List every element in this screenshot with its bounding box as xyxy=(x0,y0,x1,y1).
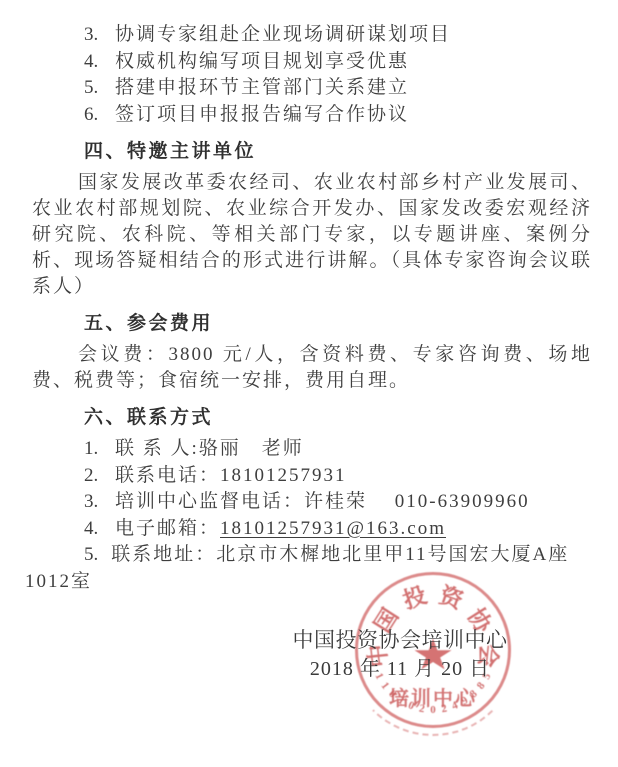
list-item-number: 3. xyxy=(84,22,115,49)
list-item-text: 协调专家组赴企业现场调研谋划项目 xyxy=(115,22,451,49)
contact-label: 电子邮箱： xyxy=(115,516,220,543)
contact-value: 许桂荣 010-63909960 xyxy=(304,489,530,516)
contact-label: 联系地址： xyxy=(111,544,216,565)
section-heading-contact: 六、联系方式 xyxy=(84,405,618,431)
contact-number: 5. xyxy=(84,544,98,565)
contact-number: 2. xyxy=(84,463,115,490)
list-item: 3. 协调专家组赴企业现场调研谋划项目 xyxy=(84,22,618,49)
list-item: 6. 签订项目申报报告编写合作协议 xyxy=(84,102,618,129)
contact-value: 18101257931 xyxy=(220,463,347,490)
section-heading-speakers: 四、特邀主讲单位 xyxy=(84,139,618,165)
contact-row-supervision-phone: 3. 培训中心监督电话： 许桂荣 010-63909960 xyxy=(84,489,618,516)
email-link[interactable]: 18101257931@163.com xyxy=(220,516,446,543)
list-item-text: 权威机构编写项目规划享受优惠 xyxy=(115,49,409,76)
signature-organization: 中国投资协会培训中心 xyxy=(245,626,555,654)
contact-list: 1. 联 系 人: 骆丽 老师 2. 联系电话： 18101257931 3. … xyxy=(84,436,618,542)
section-heading-fees: 五、参会费用 xyxy=(84,311,618,337)
contact-row-phone: 2. 联系电话： 18101257931 xyxy=(84,463,618,490)
signature-block: 中国投资协会培训中心 2018 年 11 月 20 日 xyxy=(245,626,555,684)
contact-number: 4. xyxy=(84,516,115,543)
list-item: 4. 权威机构编写项目规划享受优惠 xyxy=(84,49,618,76)
contact-label: 联 系 人: xyxy=(115,436,199,463)
list-item-number: 5. xyxy=(84,75,115,102)
contact-number: 1. xyxy=(84,436,115,463)
signature-date: 2018 年 11 月 20 日 xyxy=(245,654,555,684)
list-item-number: 6. xyxy=(84,102,115,129)
list-item-number: 4. xyxy=(84,49,115,76)
section-body-fees: 会议费：3800 元/人，含资料费、专家咨询费、场地费、税费等；食宿统一安排，费… xyxy=(32,342,592,394)
benefit-list: 3. 协调专家组赴企业现场调研谋划项目 4. 权威机构编写项目规划享受优惠 5.… xyxy=(84,22,618,128)
section-body-speakers: 国家发展改革委农经司、农业农村部乡村产业发展司、农业农村部规划院、农业综合开发办… xyxy=(32,170,592,300)
contact-row-person: 1. 联 系 人: 骆丽 老师 xyxy=(84,436,618,463)
contact-label: 联系电话： xyxy=(115,463,220,490)
contact-label: 培训中心监督电话： xyxy=(115,489,304,516)
list-item-text: 签订项目申报报告编写合作协议 xyxy=(115,102,409,129)
document-page: 3. 协调专家组赴企业现场调研谋划项目 4. 权威机构编写项目规划享受优惠 5.… xyxy=(0,0,618,767)
list-item: 5. 搭建申报环节主管部门关系建立 xyxy=(84,75,618,102)
contact-number: 3. xyxy=(84,489,115,516)
contact-row-email: 4. 电子邮箱： 18101257931@163.com xyxy=(84,516,618,543)
list-item-text: 搭建申报环节主管部门关系建立 xyxy=(115,75,409,102)
contact-value: 骆丽 老师 xyxy=(199,436,304,463)
